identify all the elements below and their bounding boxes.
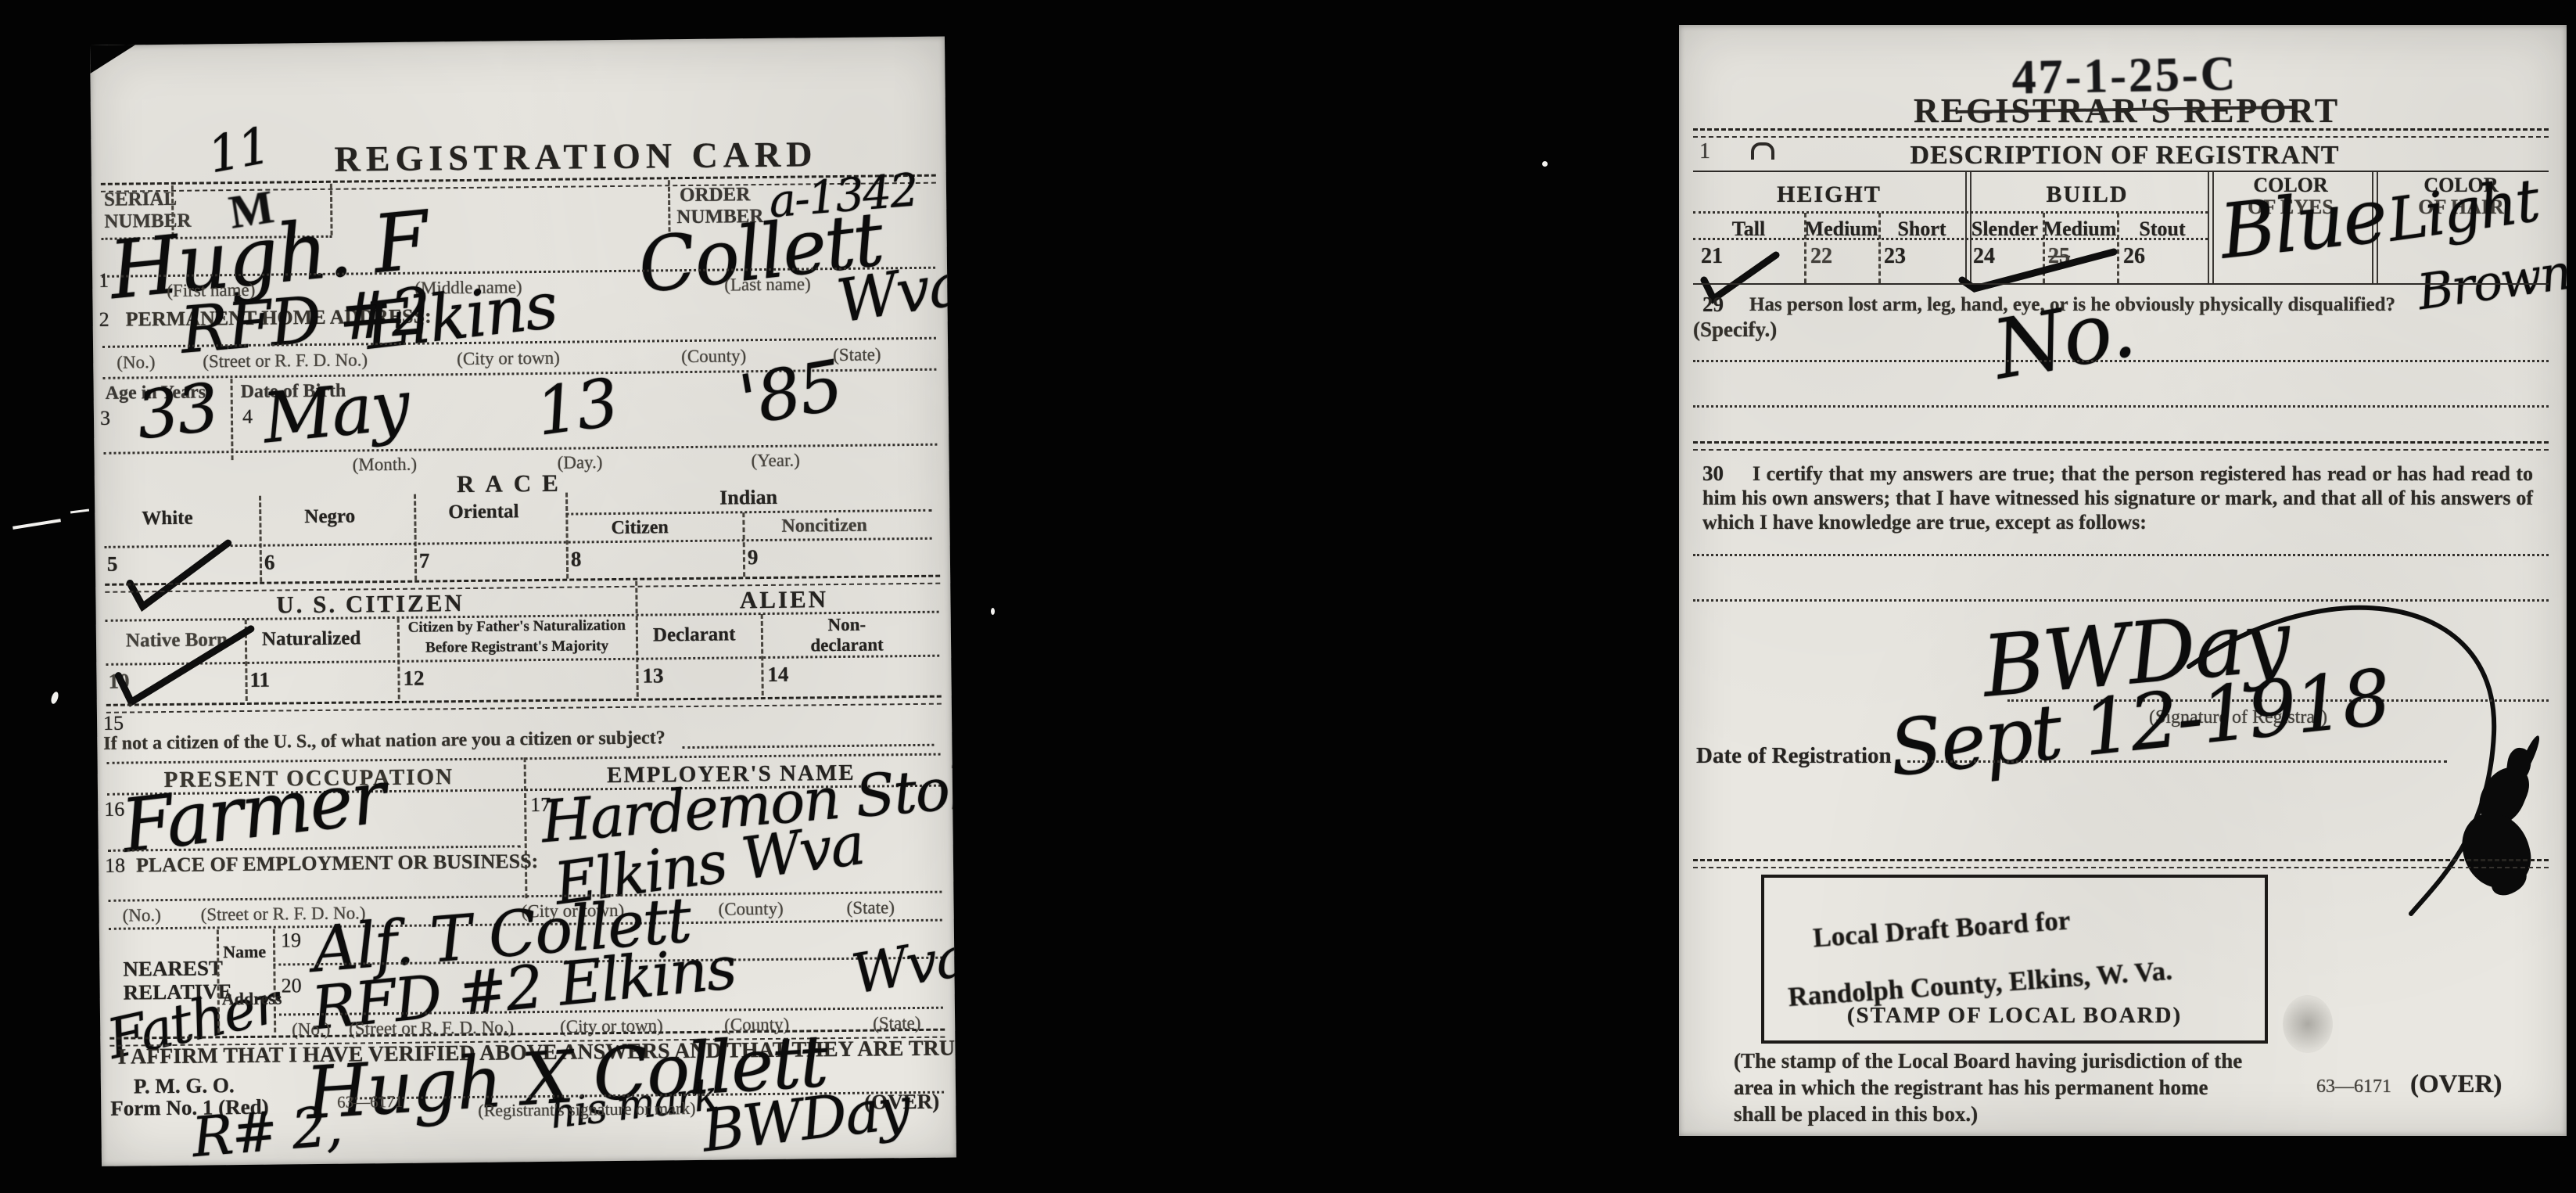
race-white-label: White <box>142 508 193 530</box>
hair-color-handwritten2: Brown <box>2414 243 2567 322</box>
rfd-note-handwritten: R# 2, <box>190 1094 343 1166</box>
q29-specify-label: (Specify.) <box>1693 318 1777 342</box>
registrars-report-card: 47-1-25-C REGISTRAR'S REPORT 1 DESCRIPTI… <box>1679 25 2567 1136</box>
film-speck <box>1542 161 1548 167</box>
state-label: (State) <box>833 344 881 365</box>
no-label: (No.) <box>123 905 161 926</box>
dob-month-handwritten: May <box>259 365 411 459</box>
age-handwritten: 33 <box>133 368 221 454</box>
non-declarant-label: Non- <box>769 614 925 636</box>
citizen-by-father-label2: Before Registrant's Majority <box>400 638 634 657</box>
film-speck <box>50 691 60 705</box>
race-divider <box>742 512 745 577</box>
exception-line <box>1693 554 2549 556</box>
line19-number: 19 <box>281 929 301 952</box>
table-numline <box>1693 238 2208 240</box>
answer-line <box>1693 360 2549 362</box>
corner-mark: 1 <box>1699 139 1710 164</box>
indian-citizen-label: Citizen <box>611 517 669 539</box>
ink-blot <box>2449 743 2567 907</box>
naturalized-label: Naturalized <box>262 627 361 650</box>
race-num-8: 8 <box>571 547 582 571</box>
dob-year-handwritten: '85 <box>734 345 848 441</box>
line15-question: If not a citizen of the U. S., of what n… <box>103 728 666 755</box>
scanned-document-page: { "left_card": { "corner_number": "11", … <box>0 0 2576 1193</box>
race-indian-label: Indian <box>565 484 931 512</box>
line4-number: 4 <box>242 405 253 429</box>
over-label: (OVER) <box>2410 1070 2502 1099</box>
film-speck <box>991 608 995 615</box>
race-num-7: 7 <box>419 548 430 573</box>
registration-date-label: Date of Registration <box>1696 743 1892 769</box>
citizen-num-14: 14 <box>767 663 788 687</box>
race-num-6: 6 <box>264 551 275 575</box>
print-code: 63—6171 <box>2316 1076 2391 1098</box>
serial-number-label: SERIAL <box>104 189 177 211</box>
board-stamp-line1: Local Draft Board for <box>1812 905 2072 954</box>
stamp-caption: (The stamp of the Local Board having jur… <box>1734 1048 2244 1127</box>
race-negro-label: Negro <box>304 505 355 528</box>
indian-noncitizen-label: Noncitizen <box>781 516 867 537</box>
checkmark-native-born <box>110 621 260 709</box>
order-number-label: ORDER <box>680 184 751 207</box>
film-scratch <box>70 509 89 514</box>
line2-number: 2 <box>99 308 109 332</box>
race-divider <box>259 496 262 582</box>
num-22: 22 <box>1810 244 1832 269</box>
line15-number: 15 <box>103 712 124 735</box>
print-code: 63—6171 <box>337 1092 403 1112</box>
q29-number: 29 <box>1702 293 1724 317</box>
smudge-mark <box>1751 142 1774 160</box>
smudge-stamp <box>2283 995 2333 1053</box>
race-num-5: 5 <box>107 552 118 577</box>
dob-line <box>103 444 937 455</box>
q30-statement: I certify that my answers are true; that… <box>1702 462 2533 535</box>
race-divider <box>414 494 417 580</box>
description-title: DESCRIPTION OF REGISTRANT <box>1898 141 2352 171</box>
rule <box>1693 441 2549 451</box>
citizen-num-12: 12 <box>403 667 424 691</box>
corner-shadow <box>90 45 135 74</box>
race-oriental-label: Oriental <box>448 501 519 523</box>
rule <box>1693 171 2549 172</box>
citizen-by-father-label: Citizen by Father's Naturalization <box>400 617 634 637</box>
num-23: 23 <box>1884 244 1906 269</box>
table-line <box>1693 211 2208 214</box>
film-scratch <box>13 519 61 530</box>
line3-number: 3 <box>100 407 110 430</box>
last-name-label: (Last name) <box>724 274 811 295</box>
rule <box>1693 128 2549 138</box>
relative-address-label: Address <box>222 988 282 1009</box>
card-title: REGISTRATION CARD <box>325 133 827 180</box>
relative-divider <box>273 929 276 1033</box>
citizen-divider <box>761 614 764 695</box>
rule <box>1693 859 2549 868</box>
non-declarant-label2: declarant <box>769 634 925 656</box>
citizen-num-13: 13 <box>642 663 663 688</box>
relative-name-label: Name <box>223 942 266 963</box>
build-header: BUILD <box>1967 181 2208 208</box>
stamp-box: Local Draft Board for Randolph County, E… <box>1761 875 2268 1044</box>
answer-line <box>1693 405 2549 408</box>
stamp-box-label: (STAMP OF LOCAL BOARD) <box>1764 1003 2265 1029</box>
eyes-color-handwritten: Blue <box>2216 171 2390 276</box>
line18-number: 18 <box>105 854 125 878</box>
date-line <box>1907 760 2447 763</box>
city-label: (City or town) <box>457 348 560 369</box>
registrant-signature-label: (Registrant's signature or mark) <box>478 1098 696 1121</box>
age-dob-divider <box>230 379 233 460</box>
county-label: (County) <box>718 899 783 920</box>
line15-line <box>682 744 934 749</box>
corner-number-handwritten: 11 <box>203 117 274 185</box>
state-label: (State) <box>846 897 895 918</box>
employment-place-label: PLACE OF EMPLOYMENT OR BUSINESS: <box>136 850 539 877</box>
report-title: REGISTRAR'S REPORT <box>1914 91 2336 131</box>
num-26: 26 <box>2123 244 2145 269</box>
line20-number: 20 <box>281 974 301 997</box>
declarant-label: Declarant <box>653 623 736 646</box>
race-num-9: 9 <box>748 545 759 570</box>
occupation-divider <box>524 757 528 898</box>
nearest-label: NEAREST <box>123 956 223 981</box>
line1-number: 1 <box>99 269 109 293</box>
street-label: (Street or R. F. D. No.) <box>203 350 368 372</box>
dob-day-handwritten: 13 <box>532 364 622 451</box>
no-label: (No.) <box>117 352 155 373</box>
registration-card: 11 REGISTRATION CARD SERIAL NUMBER M ORD… <box>90 37 956 1166</box>
relative-state-handwritten: Wva <box>848 924 956 1006</box>
height-header: HEIGHT <box>1693 181 1965 208</box>
